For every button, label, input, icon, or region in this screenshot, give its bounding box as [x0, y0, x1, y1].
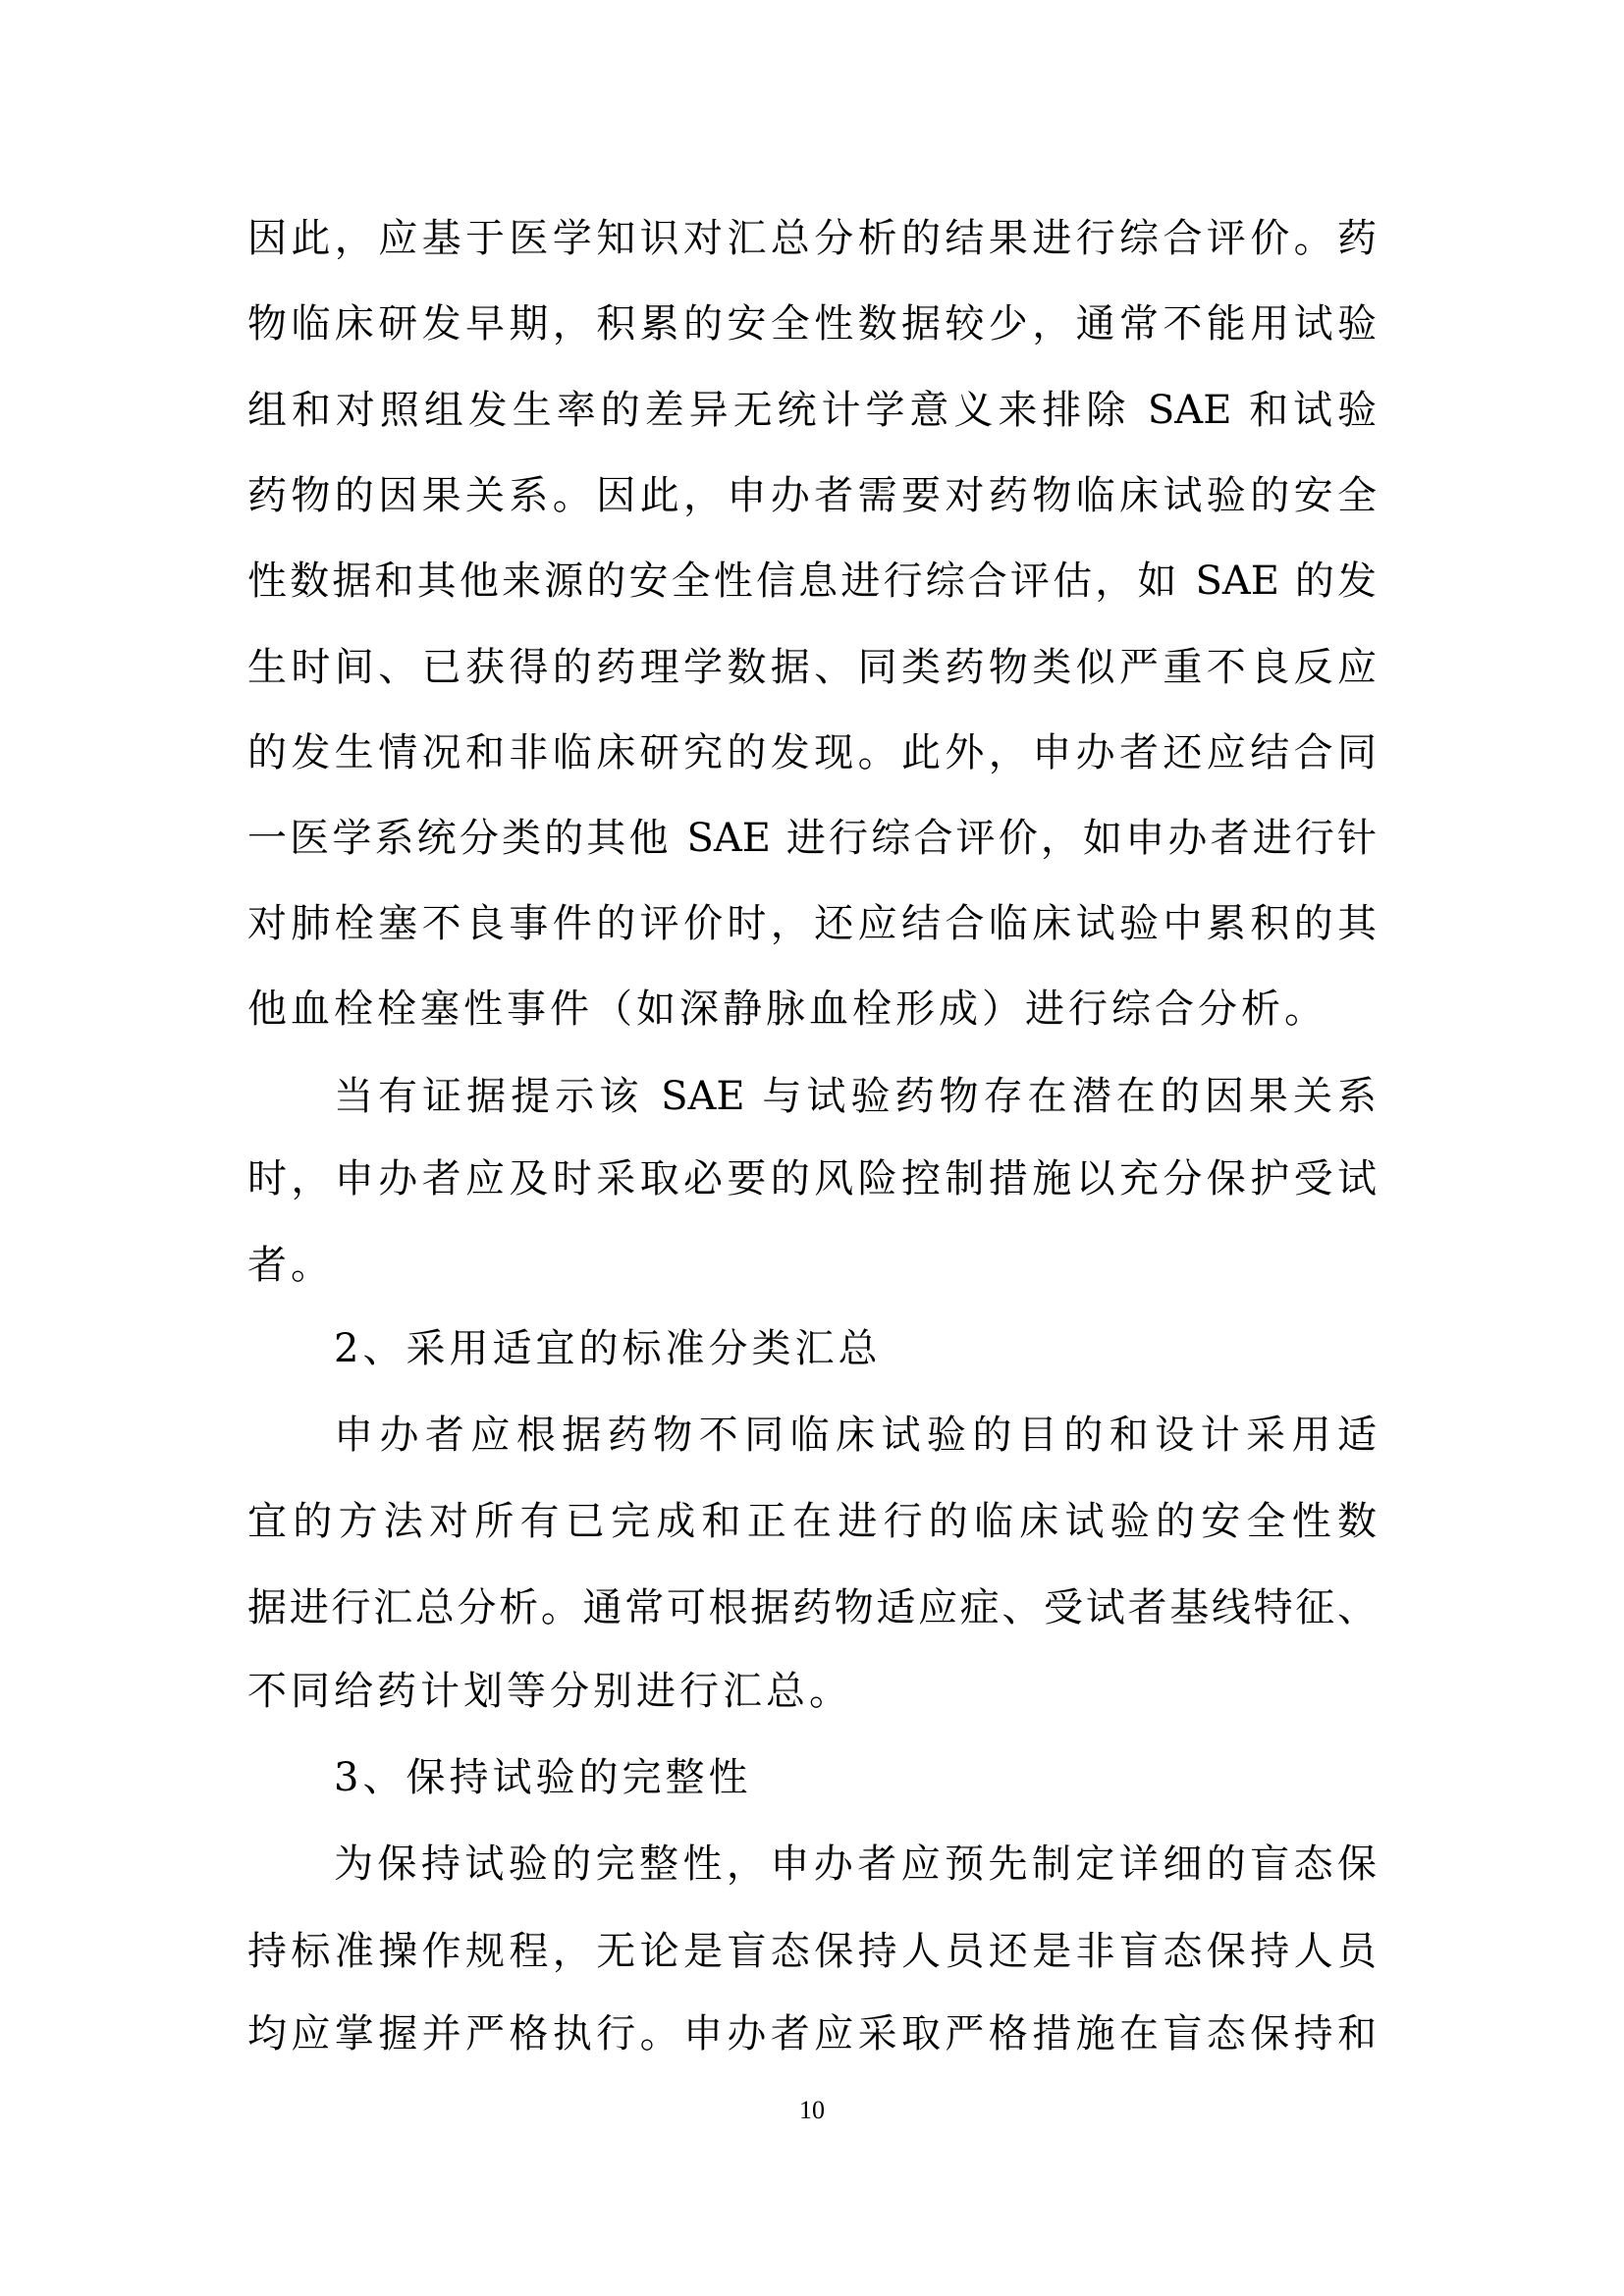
text-line: 宜的方法对所有已完成和正在进行的临床试验的安全性数 — [247, 1498, 1377, 1545]
text-line: 他血栓栓塞性事件（如深静脉血栓形成）进行综合分析。 — [247, 986, 1377, 1033]
text-line: 者。 — [247, 1242, 1377, 1289]
text-line: 不同给药计划等分别进行汇总。 — [247, 1668, 1377, 1715]
paragraph-first-line: 为保持试验的完整性，申办者应预先制定详细的盲态保 — [334, 1841, 1377, 1888]
text-line: 生时间、已获得的药理学数据、同类药物类似严重不良反应 — [247, 644, 1377, 691]
section-heading-2: 2、采用适宜的标准分类汇总 — [334, 1325, 1377, 1372]
paragraph-first-line: 当有证据提示该 SAE 与试验药物存在潜在的因果关系 — [334, 1073, 1377, 1120]
text-line: 性数据和其他来源的安全性信息进行综合评估，如 SAE 的发 — [247, 558, 1377, 605]
section-heading-3: 3、保持试验的完整性 — [334, 1754, 1377, 1801]
text-line: 物临床研发早期，积累的安全性数据较少，通常不能用试验 — [247, 300, 1377, 347]
text-line: 组和对照组发生率的差异无统计学意义来排除 SAE 和试验 — [247, 387, 1377, 434]
text-line: 一医学系统分类的其他 SAE 进行综合评价，如申办者进行针 — [247, 815, 1377, 862]
text-line: 因此，应基于医学知识对汇总分析的结果进行综合评价。药 — [247, 215, 1377, 262]
document-page: 因此，应基于医学知识对汇总分析的结果进行综合评价。药 物临床研发早期，积累的安全… — [0, 0, 1624, 2296]
text-line: 据进行汇总分析。通常可根据药物适应症、受试者基线特征、 — [247, 1584, 1377, 1631]
text-line: 对肺栓塞不良事件的评价时，还应结合临床试验中累积的其 — [247, 900, 1377, 947]
page-number: 10 — [0, 2095, 1624, 2126]
text-line: 的发生情况和非临床研究的发现。此外，申办者还应结合同 — [247, 729, 1377, 776]
text-line: 持标准操作规程，无论是盲态保持人员还是非盲态保持人员 — [247, 1928, 1377, 1975]
text-line: 时，申办者应及时采取必要的风险控制措施以充分保护受试 — [247, 1155, 1377, 1202]
paragraph-first-line: 申办者应根据药物不同临床试验的目的和设计采用适 — [334, 1412, 1377, 1459]
text-line: 药物的因果关系。因此，申办者需要对药物临床试验的安全 — [247, 472, 1377, 519]
text-line: 均应掌握并严格执行。申办者应采取严格措施在盲态保持和 — [247, 2010, 1377, 2057]
